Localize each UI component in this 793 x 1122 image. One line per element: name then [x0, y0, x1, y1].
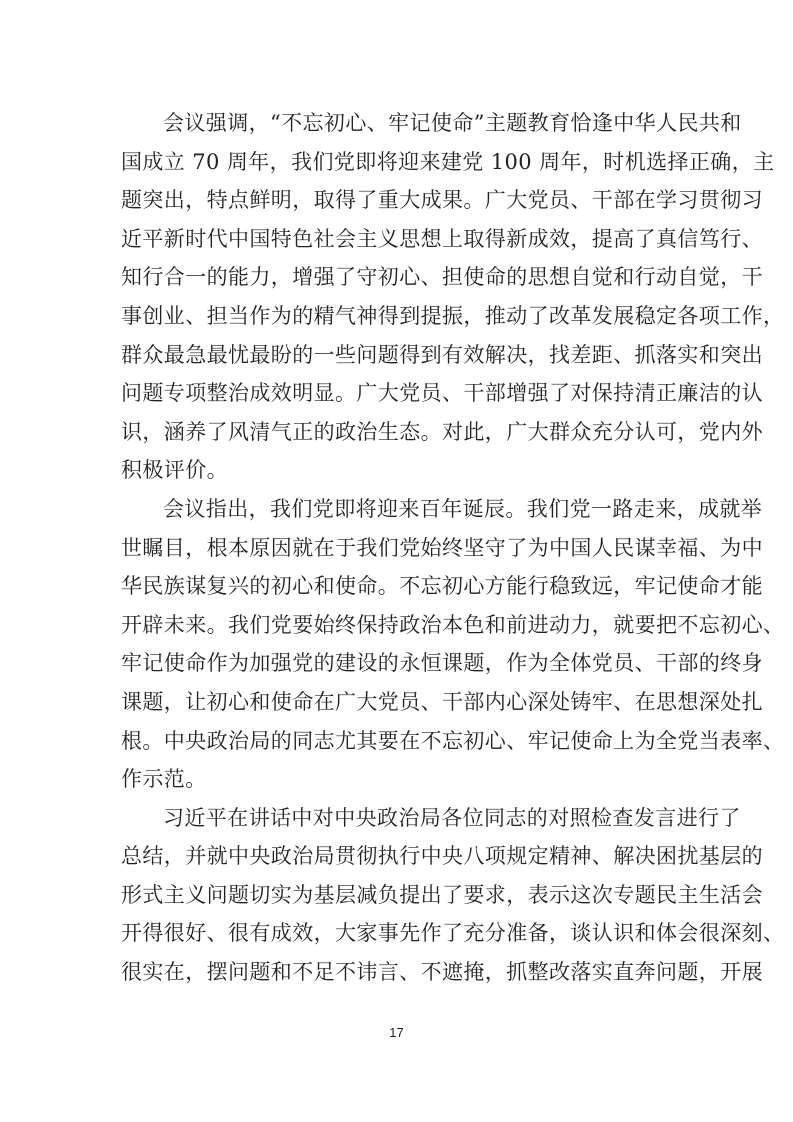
text-line: 会议指出，我们党即将迎来百年诞辰。我们党一路走来，成就举: [121, 490, 681, 529]
text-line: 总结，并就中央政治局贯彻执行中央八项规定精神、解决困扰基层的: [121, 837, 681, 876]
text-line: 问题专项整治成效明显。广大党员、干部增强了对保持清正廉洁的认: [121, 374, 681, 413]
text-line: 很实在，摆问题和不足不讳言、不遮掩，抓整改落实直奔问题，开展: [121, 953, 681, 992]
text-line: 根。中央政治局的同志尤其要在不忘初心、牢记使命上为全党当表率、: [121, 722, 681, 761]
page-number: 17: [0, 1025, 793, 1040]
text-line: 习近平在讲话中对中央政治局各位同志的对照检查发言进行了: [121, 799, 681, 838]
text-line: 形式主义问题切实为基层减负提出了要求，表示这次专题民主生活会: [121, 876, 681, 915]
text-line: 开辟未来。我们党要始终保持政治本色和前进动力，就要把不忘初心、: [121, 606, 681, 645]
text-line: 牢记使命作为加强党的建设的永恒课题，作为全体党员、干部的终身: [121, 644, 681, 683]
paragraph-1: 会议强调，“不忘初心、牢记使命”主题教育恰逢中华人民共和 国成立 70 周年，我…: [121, 104, 681, 490]
text-line: 知行合一的能力，增强了守初心、担使命的思想自觉和行动自觉，干: [121, 258, 681, 297]
text-line: 作示范。: [121, 760, 681, 799]
text-line: 近平新时代中国特色社会主义思想上取得新成效，提高了真信笃行、: [121, 220, 681, 259]
paragraph-2: 会议指出，我们党即将迎来百年诞辰。我们党一路走来，成就举 世瞩目，根本原因就在于…: [121, 490, 681, 799]
text-line: 开得很好、很有成效，大家事先作了充分准备，谈认识和体会很深刻、: [121, 914, 681, 953]
text-line: 积极评价。: [121, 451, 681, 490]
text-line: 世瞩目，根本原因就在于我们党始终坚守了为中国人民谋幸福、为中: [121, 529, 681, 568]
text-line: 题突出，特点鲜明，取得了重大成果。广大党员、干部在学习贯彻习: [121, 181, 681, 220]
text-line: 群众最急最忧最盼的一些问题得到有效解决，找差距、抓落实和突出: [121, 336, 681, 375]
document-page: 会议强调，“不忘初心、牢记使命”主题教育恰逢中华人民共和 国成立 70 周年，我…: [0, 0, 793, 1122]
text-line: 会议强调，“不忘初心、牢记使命”主题教育恰逢中华人民共和: [121, 104, 681, 143]
text-line: 识，涵养了风清气正的政治生态。对此，广大群众充分认可，党内外: [121, 413, 681, 452]
document-body: 会议强调，“不忘初心、牢记使命”主题教育恰逢中华人民共和 国成立 70 周年，我…: [121, 104, 681, 992]
paragraph-3: 习近平在讲话中对中央政治局各位同志的对照检查发言进行了 总结，并就中央政治局贯彻…: [121, 799, 681, 992]
text-line: 国成立 70 周年，我们党即将迎来建党 100 周年，时机选择正确，主: [121, 143, 681, 182]
text-line: 事创业、担当作为的精气神得到提振，推动了改革发展稳定各项工作，: [121, 297, 681, 336]
text-line: 华民族谋复兴的初心和使命。不忘初心方能行稳致远，牢记使命才能: [121, 567, 681, 606]
text-line: 课题，让初心和使命在广大党员、干部内心深处铸牢、在思想深处扎: [121, 683, 681, 722]
